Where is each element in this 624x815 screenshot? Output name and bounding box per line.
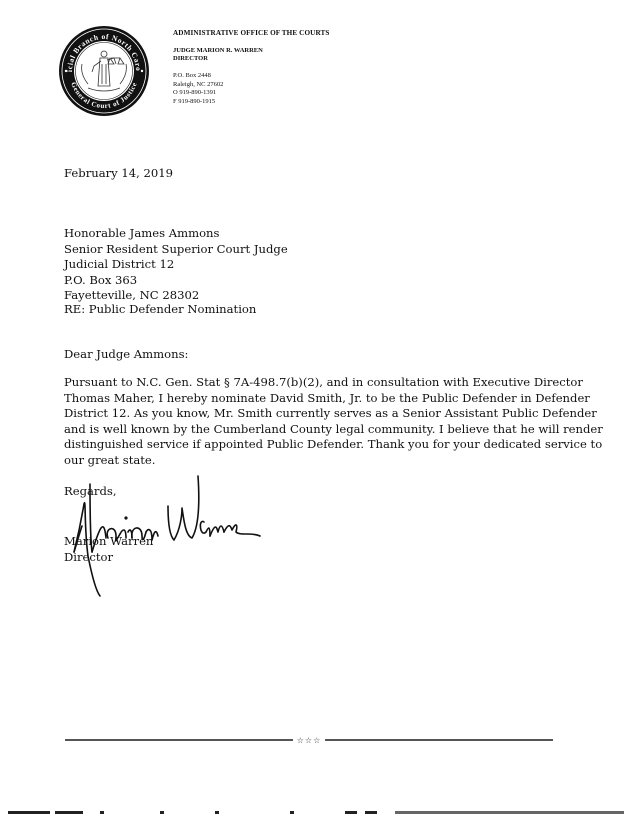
scan-mark (290, 811, 294, 814)
scan-mark (345, 811, 357, 814)
po-box: P.O. Box 2448 (173, 72, 329, 81)
body-line: our great state. (64, 453, 564, 469)
fax-number: F 919-890-1915 (173, 98, 329, 107)
letterhead: Administrative Office of the Courts Judg… (173, 29, 329, 106)
letter-date: February 14, 2019 (64, 166, 173, 182)
scan-mark (365, 811, 377, 814)
court-seal-logo: Judicial Branch of North Carolina Genera… (58, 22, 150, 120)
office-phone: O 919-890-1391 (173, 89, 329, 98)
recipient-line: Senior Resident Superior Court Judge (64, 242, 288, 258)
body-paragraph: Pursuant to N.C. Gen. Stat § 7A-498.7(b)… (64, 375, 564, 469)
divider-line-left (65, 739, 293, 741)
recipient-line: Honorable James Ammons (64, 226, 288, 242)
recipient-line: P.O. Box 363 (64, 273, 288, 289)
salutation: Dear Judge Ammons: (64, 347, 188, 363)
scan-mark (55, 811, 83, 814)
footer-divider: ☆☆☆ (65, 733, 553, 747)
signer-name: Marion Warren (64, 534, 153, 550)
closing: Regards, (64, 484, 117, 500)
body-line: and is well known by the Cumberland Coun… (64, 422, 564, 438)
office-name: Administrative Office of the Courts (173, 29, 329, 37)
scan-mark (395, 811, 624, 814)
divider-line-right (325, 739, 553, 741)
scan-edge-strip (0, 811, 624, 815)
body-line: District 12. As you know, Mr. Smith curr… (64, 406, 564, 422)
body-line: distinguished service if appointed Publi… (64, 437, 564, 453)
recipient-address: Honorable James Ammons Senior Resident S… (64, 226, 288, 304)
scan-mark (215, 811, 219, 814)
body-line: Thomas Maher, I hereby nominate David Sm… (64, 391, 564, 407)
city-line: Raleigh, NC 27602 (173, 81, 329, 90)
scan-mark (160, 811, 164, 814)
signer-title: Director (64, 550, 113, 566)
body-line: Pursuant to N.C. Gen. Stat § 7A-498.7(b)… (64, 375, 564, 391)
subject-line: RE: Public Defender Nomination (64, 302, 256, 318)
director-title: Director (173, 55, 329, 63)
scan-mark (100, 811, 104, 814)
scan-mark (8, 811, 50, 814)
director-name: Judge Marion R. Warren (173, 47, 329, 55)
judicial-branch-seal-icon: Judicial Branch of North Carolina Genera… (58, 22, 150, 120)
recipient-line: Judicial District 12 (64, 257, 288, 273)
star-ornament-icon: ☆☆☆ (293, 736, 326, 745)
